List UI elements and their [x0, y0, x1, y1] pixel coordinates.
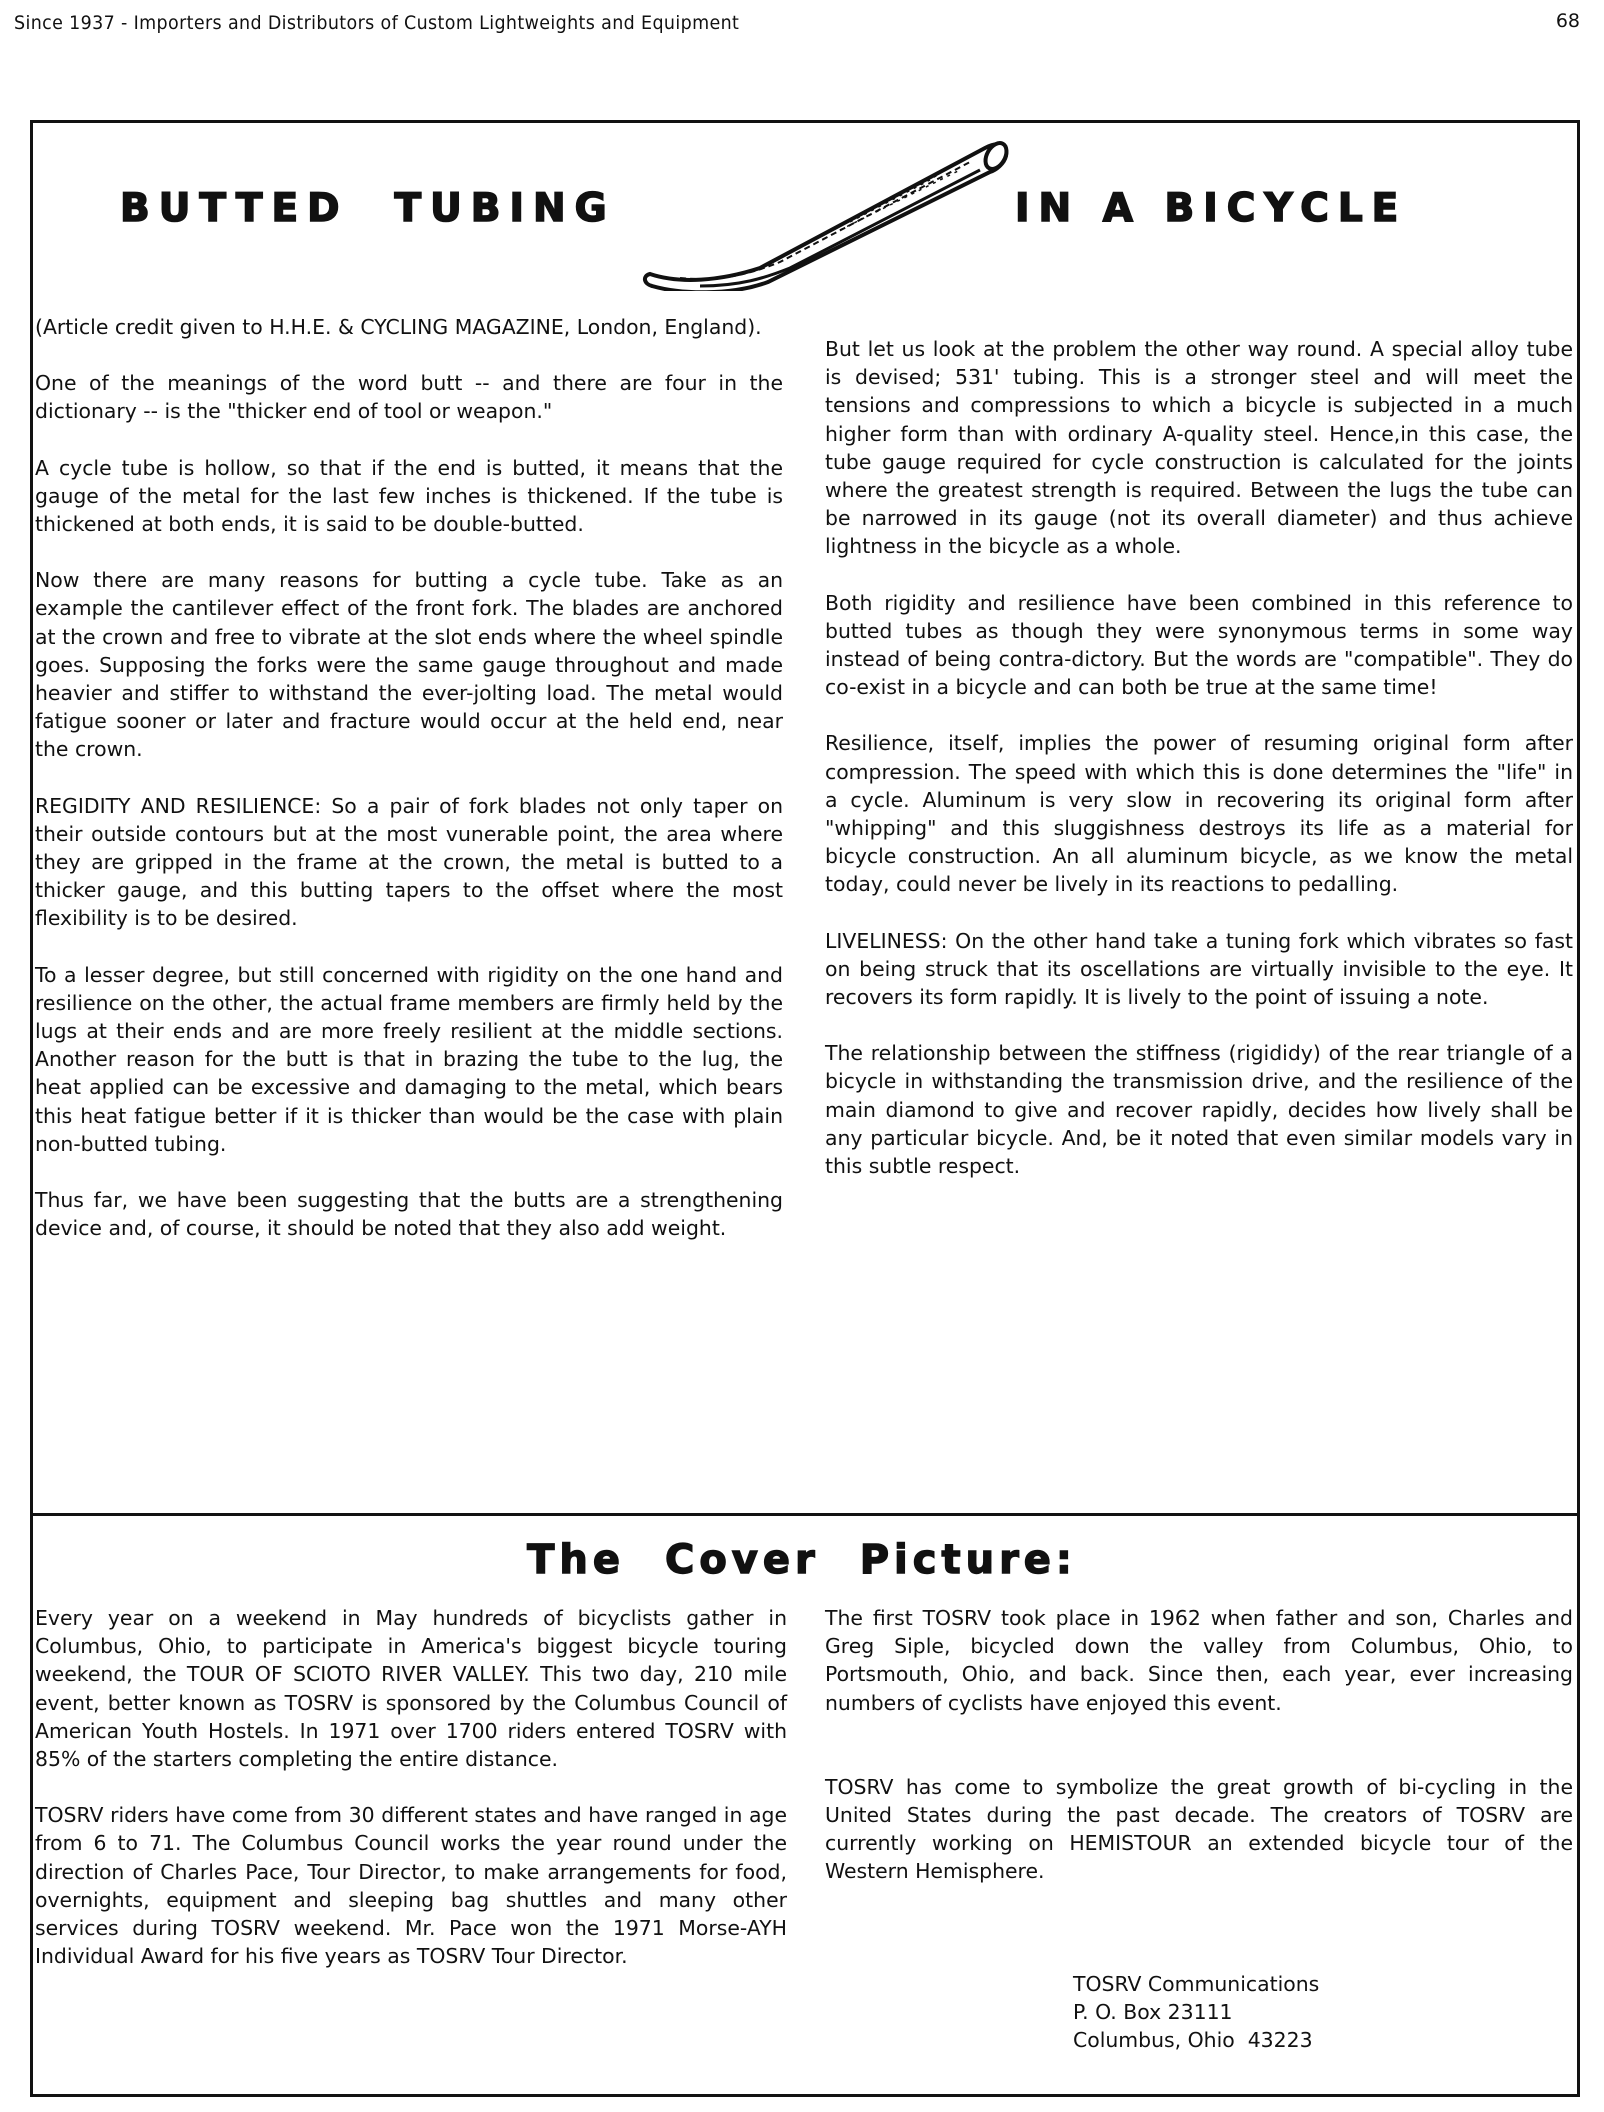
paragraph: Now there are many reasons for butting a…: [35, 566, 783, 763]
paragraph: Thus far, we have been suggesting that t…: [35, 1186, 783, 1242]
paragraph: (Article credit given to H.H.E. & CYCLIN…: [35, 313, 783, 341]
cover-right-column: The first TOSRV took place in 1962 when …: [825, 1604, 1573, 1886]
address-line: P. O. Box 23111: [1073, 1998, 1319, 2026]
paragraph: The first TOSRV took place in 1962 when …: [825, 1604, 1573, 1717]
paragraph: Every year on a weekend in May hundreds …: [35, 1604, 787, 1773]
address-line: TOSRV Communications: [1073, 1970, 1319, 1998]
butted-tube-icon: [640, 126, 1020, 291]
title-word: Picture:: [860, 1537, 1077, 1583]
mailing-address: TOSRV Communications P. O. Box 23111 Col…: [1073, 1970, 1319, 2055]
title-word: BUTTED: [120, 186, 349, 231]
paragraph: But let us look at the problem the other…: [825, 335, 1573, 561]
title-word: Cover: [665, 1537, 820, 1583]
paragraph: A cycle tube is hollow, so that if the e…: [35, 454, 783, 539]
cover-left-column: Every year on a weekend in May hundreds …: [35, 1604, 787, 1970]
paragraph: TOSRV riders have come from 30 different…: [35, 1801, 787, 1970]
title-word: The: [527, 1537, 625, 1583]
article-left-column: (Article credit given to H.H.E. & CYCLIN…: [35, 313, 783, 1242]
paragraph: To a lesser degree, but still concerned …: [35, 961, 783, 1158]
paragraph: The relationship between the stiffness (…: [825, 1039, 1573, 1180]
paragraph: Resilience, itself, implies the power of…: [825, 729, 1573, 898]
running-head: Since 1937 - Importers and Distributors …: [14, 12, 739, 34]
paragraph: One of the meanings of the word butt -- …: [35, 369, 783, 425]
paragraph: REGIDITY AND RESILIENCE: So a pair of fo…: [35, 792, 783, 933]
page-number: 68: [1556, 10, 1580, 32]
paragraph: Both rigidity and resilience have been c…: [825, 589, 1573, 702]
paragraph: LIVELINESS: On the other hand take a tun…: [825, 927, 1573, 1012]
paragraph: TOSRV has come to symbolize the great gr…: [825, 1773, 1573, 1886]
article-right-column: But let us look at the problem the other…: [825, 335, 1573, 1180]
cover-title: TheCoverPicture:: [0, 1537, 1604, 1583]
article-title-left: BUTTEDTUBING: [120, 186, 616, 231]
address-line: Columbus, Ohio 43223: [1073, 2026, 1319, 2054]
article-title-right: IN A BICYCLE: [1015, 186, 1407, 231]
title-word: TUBING: [395, 186, 616, 231]
